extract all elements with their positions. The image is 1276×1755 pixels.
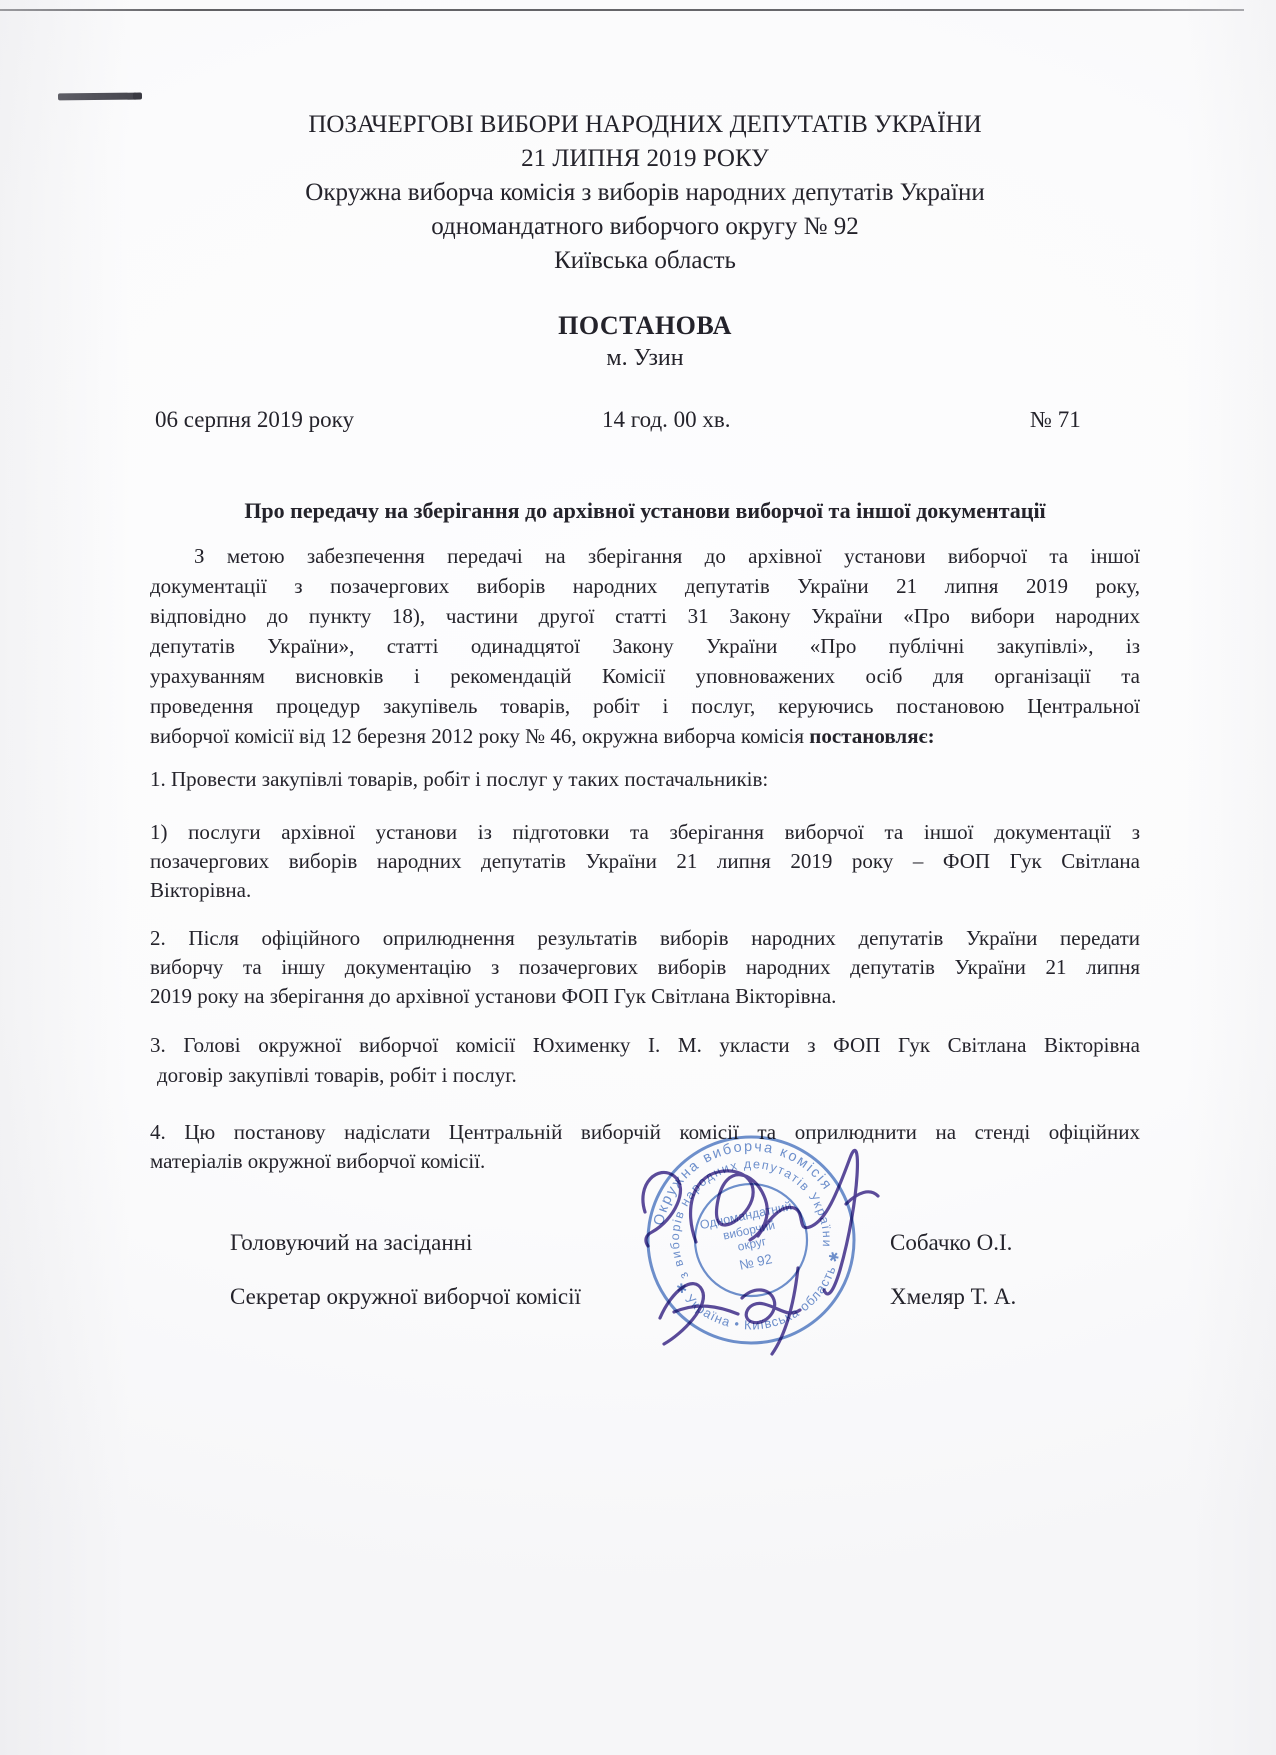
header-line-election-title: ПОЗАЧЕРГОВІ ВИБОРИ НАРОДНИХ ДЕПУТАТІВ УК… xyxy=(150,108,1140,142)
signature-chairman-ink xyxy=(643,1150,878,1294)
document-meta-row: 06 серпня 2019 року 14 год. 00 хв. № 71 xyxy=(150,407,1140,435)
header-line-election-date: 21 ЛИПНЯ 2019 РОКУ xyxy=(150,142,1140,176)
item-line: 1) послуги архівної установи із підготов… xyxy=(150,818,1140,847)
item-line: 3. Голові окружної виборчої комісії Юхим… xyxy=(150,1030,1140,1060)
signature-stroke xyxy=(758,1150,857,1294)
preamble-paragraph: З метою забезпечення передачі на зберіга… xyxy=(150,541,1140,751)
scanned-document-page: ПОЗАЧЕРГОВІ ВИБОРИ НАРОДНИХ ДЕПУТАТІВ УК… xyxy=(0,0,1276,1755)
document-type-title: ПОСТАНОВА xyxy=(150,311,1140,341)
resolution-item-3: 3. Голові окружної виборчої комісії Юхим… xyxy=(150,1030,1140,1090)
header-line-commission: Окружна виборча комісія з виборів народн… xyxy=(150,176,1140,210)
document-date: 06 серпня 2019 року xyxy=(155,407,354,433)
signature-stroke xyxy=(660,1284,703,1344)
preamble-line: відповідно до пункту 18), частини другої… xyxy=(150,601,1140,631)
signature-stroke xyxy=(674,1306,738,1314)
preamble-line: З метою забезпечення передачі на зберіга… xyxy=(150,541,1140,571)
signature-title: Головуючий на засіданні xyxy=(230,1230,472,1256)
preamble-last-line: виборчої комісії від 12 березня 2012 рок… xyxy=(150,721,1140,751)
header-line-district: одномандатного виборчого округу № 92 xyxy=(150,210,1140,244)
preamble-last-text: виборчої комісії від 12 березня 2012 рок… xyxy=(150,724,809,748)
document-time: 14 год. 00 хв. xyxy=(602,407,731,433)
document-number: № 71 xyxy=(1030,407,1081,433)
preamble-line: урахуванням висновків і рекомендацій Ком… xyxy=(150,661,1140,691)
item-line: позачергових виборів народних депутатів … xyxy=(150,847,1140,876)
document-header: ПОЗАЧЕРГОВІ ВИБОРИ НАРОДНИХ ДЕПУТАТІВ УК… xyxy=(150,108,1140,278)
resolution-item-1: 1. Провести закупівлі товарів, робіт і п… xyxy=(150,764,1140,794)
signature-stroke xyxy=(691,1171,768,1242)
preamble-resolves-word: постановляє: xyxy=(809,724,934,748)
preamble-line: депутатів України», статті одинадцятої З… xyxy=(150,631,1140,661)
item-line: 1. Провести закупівлі товарів, робіт і п… xyxy=(150,764,1140,794)
item-line: виборчу та іншу документацію з позачерго… xyxy=(150,953,1140,982)
resolution-item-1-sub: 1) послуги архівної установи із підготов… xyxy=(150,818,1140,905)
signature-stroke xyxy=(643,1172,681,1246)
handwritten-signatures xyxy=(600,1120,920,1380)
signature-secretary-ink xyxy=(660,1268,800,1354)
signature-title: Секретар окружної виборчої комісії xyxy=(230,1284,581,1310)
preamble-line: документації з позачергових виборів наро… xyxy=(150,571,1140,601)
item-line: 2019 року на зберігання до архівної уста… xyxy=(150,982,1140,1011)
item-line: Вікторівна. xyxy=(150,876,1140,905)
signature-stroke xyxy=(846,1192,878,1204)
scan-corner-mark xyxy=(58,93,137,101)
resolution-item-2: 2. Після офіційного оприлюднення результ… xyxy=(150,924,1140,1011)
document-place: м. Узин xyxy=(150,345,1140,372)
item-line: договір закупівлі товарів, робіт і послу… xyxy=(150,1060,1140,1090)
item-line: 2. Після офіційного оприлюднення результ… xyxy=(150,924,1140,953)
header-line-region: Київська область xyxy=(150,244,1140,278)
preamble-line: проведення процедур закупівель товарів, … xyxy=(150,691,1140,721)
scan-edge-artifact xyxy=(0,9,1244,11)
document-subject: Про передачу на зберігання до архівної у… xyxy=(150,498,1140,524)
